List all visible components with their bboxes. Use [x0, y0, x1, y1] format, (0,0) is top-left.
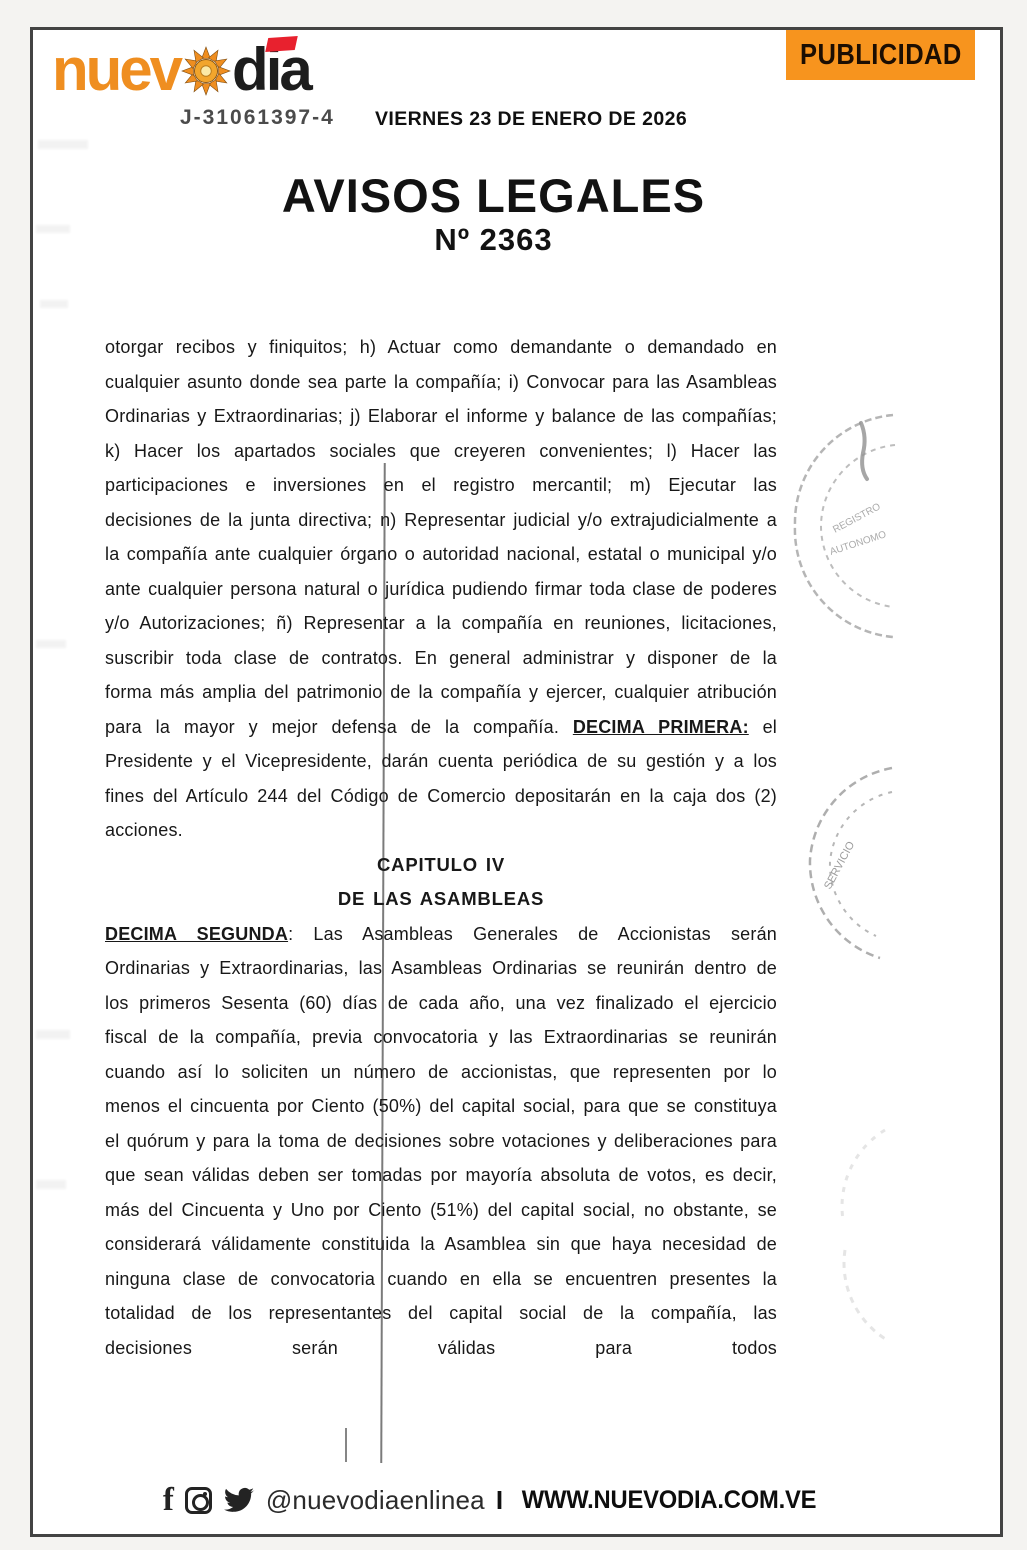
- sun-icon: [181, 44, 231, 108]
- website-url: WWW.NUEVODIA.COM.VE: [522, 1486, 817, 1515]
- svg-text:REGISTRO: REGISTRO: [831, 501, 882, 535]
- social-handle: @nuevodiaenlinea: [266, 1485, 485, 1516]
- scanned-newspaper-page: { "page": { "publicidad_label": "PUBLICI…: [0, 0, 1027, 1550]
- paragraph-1: otorgar recibos y finiquitos; h) Actuar …: [105, 330, 777, 848]
- registration-number: J-31061397-4: [180, 106, 335, 130]
- paragraph-2-post: : Las Asambleas Generales de Accionistas…: [105, 924, 777, 1358]
- legal-notices-title: AVISOS LEGALES: [0, 168, 987, 223]
- footer-social-bar: f @nuevodiaenlinea I WWW.NUEVODIA.COM.VE: [0, 1478, 987, 1522]
- publicidad-badge: PUBLICIDAD: [786, 30, 975, 80]
- notary-stamp-1: REGISTRO AUTONOMO: [775, 405, 905, 660]
- notary-stamp-2: SERVICIO: [780, 740, 910, 995]
- twitter-icon: [223, 1487, 255, 1514]
- paragraph-2: DECIMA SEGUNDA: Las Asambleas Generales …: [105, 917, 777, 1366]
- scan-fold-line-segment: [345, 1428, 347, 1462]
- facebook-icon: f: [163, 1485, 174, 1515]
- bleedthrough-smudge: [36, 640, 66, 648]
- svg-text:SERVICIO: SERVICIO: [822, 839, 857, 891]
- bleedthrough-smudge: [38, 140, 88, 149]
- clause-decima-primera-label: DECIMA PRIMERA:: [573, 717, 749, 737]
- instagram-icon: [185, 1487, 212, 1514]
- legal-notice-body: otorgar recibos y finiquitos; h) Actuar …: [105, 330, 777, 1365]
- bleedthrough-smudge: [36, 1030, 70, 1039]
- clause-decima-segunda-label: DECIMA SEGUNDA: [105, 924, 288, 944]
- logo-text-dia: dia: [232, 38, 310, 102]
- bleedthrough-smudge: [36, 1180, 66, 1189]
- logo-text-nuev: nuev: [52, 36, 180, 103]
- edition-number: Nº 2363: [0, 222, 987, 258]
- stamp-residue-marks: [815, 1120, 905, 1365]
- newspaper-logo: nuev dia: [52, 38, 310, 108]
- paragraph-1-pre: otorgar recibos y finiquitos; h) Actuar …: [105, 337, 777, 737]
- date-line: VIERNES 23 DE ENERO DE 2026: [375, 108, 687, 131]
- publicidad-label: PUBLICIDAD: [800, 39, 962, 72]
- chapter-heading: CAPITULO IV: [105, 848, 777, 883]
- bleedthrough-smudge: [40, 300, 68, 308]
- footer-separator: I: [496, 1485, 503, 1516]
- logo-red-accent: [265, 36, 298, 52]
- chapter-subheading: DE LAS ASAMBLEAS: [105, 882, 777, 917]
